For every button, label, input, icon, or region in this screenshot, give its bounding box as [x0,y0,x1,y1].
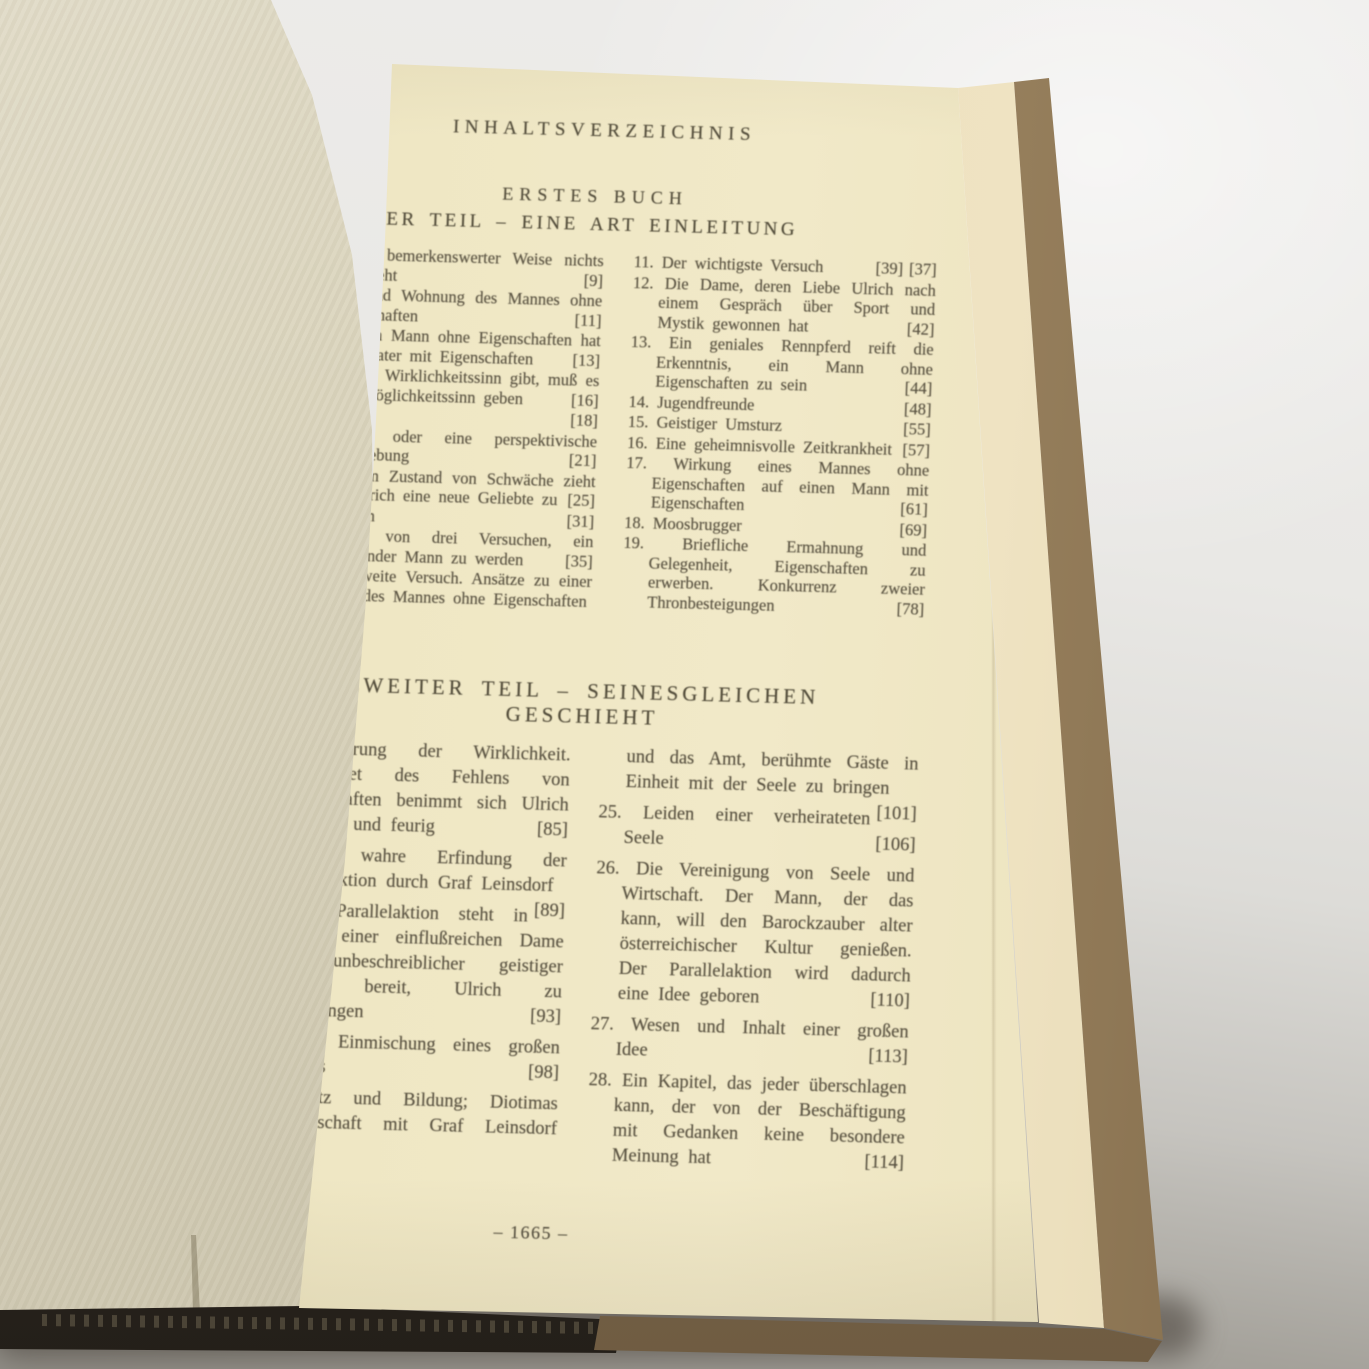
book-photo: INHALTSVERZEICHNIS ERSTES BUCH ERSTER TE… [0,0,1369,1369]
entry-number: 15. [628,412,649,432]
entry-number: 14. [628,391,649,411]
toc-entry: 28. Ein Kapitel, das jeder überschlagen … [585,1068,907,1176]
entry-page-number: [13] [566,350,600,370]
entry-page-number: [18] [564,410,598,430]
part2-heading: ZWEITER TEIL – SEINESGLEICHEN GESCHIEHT [268,671,898,737]
entry-page-number: [44] [898,378,932,398]
entry-page-number: [37] [903,259,937,279]
toc-entry: 27. Wesen und Inhalt einer großen Idee [… [589,1012,909,1070]
entry-title: Leiden einer verheirateten Seele [623,803,871,849]
entry-number: 17. [626,453,647,473]
entry-page-number: [61] [894,499,928,519]
entry-page-number: [25] [561,490,595,510]
entry-title: Briefliche Ermahnung und Gelegenheit, Ei… [647,534,927,614]
entry-page-number: [85] [531,818,569,844]
entry-number: 26. [596,858,620,879]
entry-number: 19. [623,533,644,553]
entry-page-number: [57] [896,439,930,459]
entry-page-number: [93] [524,1004,562,1030]
toc-entry: 12. Die Dame, deren Liebe Ulrich nach ei… [631,273,936,339]
toc-entry: 17. Wirkung eines Mannes ohne Eigenschaf… [625,453,930,519]
entry-page-number: [42] [901,319,935,339]
entry-title: Ein geniales Rennpferd reift die Erkennt… [655,333,934,395]
entry-page-number: [55] [897,419,931,439]
toc-entry: 26. Die Vereinigung von Seele und Wirtsc… [591,856,914,1014]
entry-page-number: [89] [528,899,566,925]
toc-entry: 13. Ein geniales Rennpferd reift die Erk… [629,332,934,398]
entry-number: 12. [633,273,654,293]
entry-number: 18. [624,512,645,532]
entry-title: Geistiger Umsturz [656,413,782,435]
entry-page-number: [16] [565,390,599,410]
entry-number: 27. [590,1014,614,1035]
entry-number: 28. [588,1070,612,1091]
entry-page-number: [11] [568,310,602,330]
entry-page-number: [35] [559,551,593,571]
entry-page-number: [31] [560,511,594,531]
entry-page-number: [48] [898,399,932,419]
entry-title: Die Vereinigung von Seele und Wirtschaft… [618,859,915,1007]
entry-page-number: [110] [864,988,910,1014]
entry-page-number: [21] [563,450,597,470]
entry-page-number: [114] [858,1150,904,1176]
entry-page-number: [98] [522,1060,560,1086]
entry-title: Wirkung eines Mannes ohne Eigenschaften … [651,454,930,514]
entry-number: 13. [630,332,651,352]
entry-page-number: [39] [869,258,903,278]
toc-entry: 25. Leiden einer verheirateten Seele [10… [597,800,917,858]
entry-title: Jugendfreunde [657,392,755,414]
entry-title: Der wichtigste Versuch [662,253,824,276]
entry-page-number: [78] [890,598,924,618]
entry-page-number: [101] [870,801,917,827]
toc-entry: 19. Briefliche Ermahnung und Gelegenheit… [621,533,927,619]
entry-title: Moosbrugger [653,513,743,534]
entry-page-number: [113] [862,1044,908,1070]
entry-title: Die Dame, deren Liebe Ulrich nach einem … [657,273,936,335]
entry-number: 25. [598,802,622,823]
entry-number: 11. [633,252,654,272]
entry-page-number: [69] [893,519,927,539]
part1-entry-list: 1. Woraus bemerkenswerter Weise nichts h… [286,243,937,661]
entry-number: 16. [627,432,648,452]
entry-page-number: [9] [577,270,603,290]
entry-page-number: [106] [869,832,916,858]
